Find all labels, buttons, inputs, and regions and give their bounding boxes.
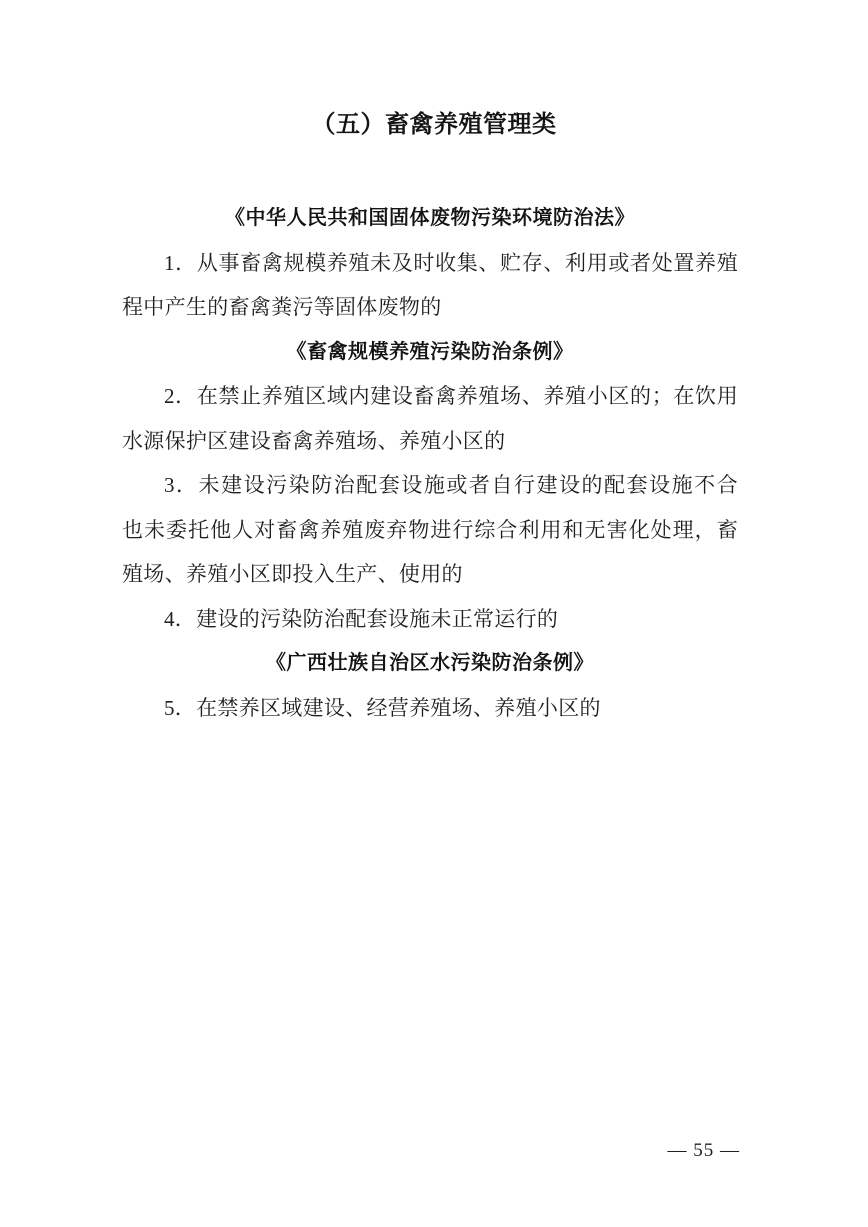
- list-item-line: 程中产生的畜禽粪污等固体废物的: [122, 285, 738, 330]
- list-item-line: 5．在禁养区域建设、经营养殖场、养殖小区的: [122, 686, 738, 731]
- document-page: （五）畜禽养殖管理类 《中华人民共和国固体废物污染环境防治法》 1．从事畜禽规模…: [0, 0, 868, 1227]
- law-heading: 《畜禽规模养殖污染防治条例》: [122, 330, 738, 375]
- list-item-line: 3．未建设污染防治配套设施或者自行建设的配套设施不合格，: [122, 463, 738, 508]
- list-item-line: 4．建设的污染防治配套设施未正常运行的: [122, 597, 738, 642]
- list-item-line: 水源保护区建设畜禽养殖场、养殖小区的: [122, 419, 738, 464]
- list-item-line: 2．在禁止养殖区域内建设畜禽养殖场、养殖小区的；在饮用水: [122, 374, 738, 419]
- list-item-line: 也未委托他人对畜禽养殖废弃物进行综合利用和无害化处理，畜禽养: [122, 508, 738, 553]
- document-body: 《中华人民共和国固体废物污染环境防治法》 1．从事畜禽规模养殖未及时收集、贮存、…: [122, 196, 738, 730]
- list-item-line: 1．从事畜禽规模养殖未及时收集、贮存、利用或者处置养殖过: [122, 241, 738, 286]
- law-heading: 《广西壮族自治区水污染防治条例》: [122, 641, 738, 686]
- list-item-line: 殖场、养殖小区即投入生产、使用的: [122, 552, 738, 597]
- law-heading: 《中华人民共和国固体废物污染环境防治法》: [122, 196, 738, 241]
- section-title: （五）畜禽养殖管理类: [0, 108, 868, 142]
- page-number: — 55 —: [668, 1140, 741, 1162]
